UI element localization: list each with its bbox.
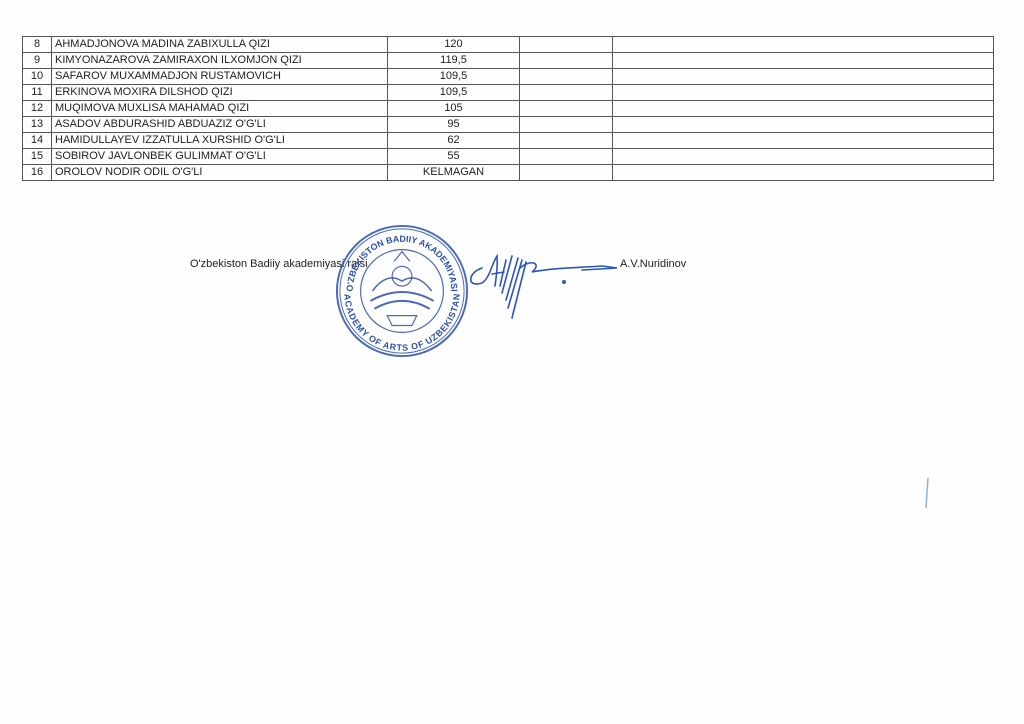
student-name: ASADOV ABDURASHID ABDUAZIZ O'G'LI [52, 117, 388, 133]
empty-cell [613, 37, 994, 53]
score-cell: KELMAGAN [388, 165, 520, 181]
empty-cell [520, 53, 613, 69]
empty-cell [613, 133, 994, 149]
score-cell: 109,5 [388, 85, 520, 101]
empty-cell [613, 117, 994, 133]
row-number: 13 [23, 117, 52, 133]
document-page: 8AHMADJONOVA MADINA ZABIXULLA QIZI1209KI… [0, 0, 1024, 724]
score-cell: 55 [388, 149, 520, 165]
table-row: 11ERKINOVA MOXIRA DILSHOD QIZI109,5 [23, 85, 994, 101]
student-name: ERKINOVA MOXIRA DILSHOD QIZI [52, 85, 388, 101]
table-row: 13ASADOV ABDURASHID ABDUAZIZ O'G'LI95 [23, 117, 994, 133]
score-cell: 120 [388, 37, 520, 53]
student-name: SOBIROV JAVLONBEK GULIMMAT O'G'LI [52, 149, 388, 165]
score-cell: 105 [388, 101, 520, 117]
empty-cell [520, 149, 613, 165]
empty-cell [520, 85, 613, 101]
student-name: MUQIMOVA MUXLISA MAHAMAD QIZI [52, 101, 388, 117]
empty-cell [520, 165, 613, 181]
empty-cell [520, 133, 613, 149]
row-number: 11 [23, 85, 52, 101]
row-number: 12 [23, 101, 52, 117]
table-row: 15SOBIROV JAVLONBEK GULIMMAT O'G'LI55 [23, 149, 994, 165]
empty-cell [613, 149, 994, 165]
table-row: 12MUQIMOVA MUXLISA MAHAMAD QIZI105 [23, 101, 994, 117]
signatory-name: A.V.Nuridinov [620, 258, 686, 270]
empty-cell [520, 117, 613, 133]
row-number: 16 [23, 165, 52, 181]
svg-text:ACADEMY OF ARTS OF UZBEKISTAN: ACADEMY OF ARTS OF UZBEKISTAN [342, 293, 461, 352]
score-cell: 62 [388, 133, 520, 149]
results-table: 8AHMADJONOVA MADINA ZABIXULLA QIZI1209KI… [22, 36, 994, 181]
table-row: 14HAMIDULLAYEV IZZATULLA XURSHID O'G'LI6… [23, 133, 994, 149]
empty-cell [520, 37, 613, 53]
score-cell: 95 [388, 117, 520, 133]
student-name: SAFAROV MUXAMMADJON RUSTAMOVICH [52, 69, 388, 85]
student-name: AHMADJONOVA MADINA ZABIXULLA QIZI [52, 37, 388, 53]
empty-cell [613, 101, 994, 117]
student-name: OROLOV NODIR ODIL O'G'LI [52, 165, 388, 181]
student-name: KIMYONAZAROVA ZAMIRAXON ILXOMJON QIZI [52, 53, 388, 69]
handwritten-signature-icon [462, 238, 622, 323]
row-number: 9 [23, 53, 52, 69]
table-row: 16OROLOV NODIR ODIL O'G'LIKELMAGAN [23, 165, 994, 181]
empty-cell [613, 85, 994, 101]
official-stamp-icon: O'ZBEKISTON BADIIY AKADEMIYASI ACADEMY O… [333, 222, 471, 360]
row-number: 15 [23, 149, 52, 165]
empty-cell [613, 53, 994, 69]
empty-cell [613, 69, 994, 85]
pen-mark-icon [925, 478, 929, 508]
row-number: 10 [23, 69, 52, 85]
table-row: 8AHMADJONOVA MADINA ZABIXULLA QIZI120 [23, 37, 994, 53]
row-number: 8 [23, 37, 52, 53]
table-row: 10SAFAROV MUXAMMADJON RUSTAMOVICH109,5 [23, 69, 994, 85]
student-name: HAMIDULLAYEV IZZATULLA XURSHID O'G'LI [52, 133, 388, 149]
empty-cell [520, 69, 613, 85]
table-row: 9KIMYONAZAROVA ZAMIRAXON ILXOMJON QIZI11… [23, 53, 994, 69]
score-cell: 119,5 [388, 53, 520, 69]
empty-cell [520, 101, 613, 117]
row-number: 14 [23, 133, 52, 149]
empty-cell [613, 165, 994, 181]
score-cell: 109,5 [388, 69, 520, 85]
